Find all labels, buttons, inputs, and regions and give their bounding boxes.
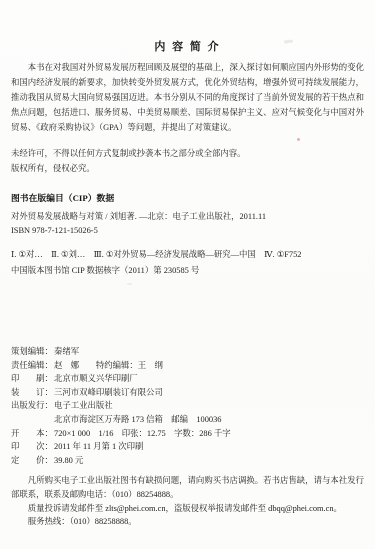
service-hotline: 服务热线：（010）88258888。 (11, 515, 364, 529)
row-label: 策划编辑： (11, 345, 54, 359)
row-value: 电子工业出版社 (54, 399, 113, 413)
row-value: 北京市顺义兴华印刷厂 (54, 372, 138, 386)
row-label: 装 订： (11, 386, 54, 400)
publication-row-printer: 印 刷：北京市顺义兴华印刷厂 (11, 372, 371, 386)
complaint-notice: 质量投诉请发邮件至 zlts@phei.com.cn，盗版侵权举报请发邮件至 d… (11, 502, 364, 516)
row-value: 2011 年 11 月第 1 次印刷 (54, 440, 143, 454)
row-label: 开 本： (11, 427, 54, 441)
publication-row-responsible-editor: 责任编辑：赵 娜 特约编辑：王 纲 (11, 359, 371, 373)
row-label: 责任编辑： (11, 359, 54, 373)
cip-heading: 图书在版编目（CIP）数据 (11, 191, 114, 204)
publication-row-address: 北京市海淀区万寿路 173 信箱 邮编 100036 (11, 413, 371, 427)
row-value: 720×1 000 1/16 印张：12.75 字数：286 千字 (54, 427, 231, 441)
copyright-line-1: 未经许可，不得以任何方式复制或抄袭本书之部分或全部内容。 (11, 147, 364, 162)
publication-row-price: 定 价：39.80 元 (11, 454, 371, 468)
publication-row-planning-editor: 策划编辑：秦绪军 (11, 345, 371, 359)
row-label (11, 413, 54, 427)
book-copyright-page: 内 容 简 介 本书在对我国对外贸易发展历程回顾及展望的基础上，深入探讨如何顺应… (0, 0, 375, 549)
row-label: 定 价： (11, 454, 54, 468)
row-value: 三河市双峰印刷装订有限公司 (54, 386, 163, 400)
row-value: 北京市海淀区万寿路 173 信箱 邮编 100036 (54, 413, 222, 427)
cip-entry-line: 对外贸易发展战略与对策 / 刘旭著. —北京：电子工业出版社，2011.11 (11, 210, 364, 224)
row-label: 印 刷： (11, 372, 54, 386)
publication-row-print-run: 印 次：2011 年 11 月第 1 次印刷 (11, 440, 371, 454)
row-value: 赵 娜 特约编辑：王 纲 (54, 359, 163, 373)
scan-artifact-smudge (127, 283, 132, 285)
cip-registration-number: 中国版本图书馆 CIP 数据核字（2011）第 230585 号 (11, 263, 364, 278)
row-label: 印 次： (11, 440, 54, 454)
content-summary-title: 内 容 简 介 (0, 38, 375, 54)
scan-artifact-red-speck (297, 138, 300, 141)
publication-row-publisher: 出版发行：电子工业出版社 (11, 399, 371, 413)
content-summary-paragraph: 本书在对我国对外贸易发展历程回顾及展望的基础上，深入探讨如何顺应国内外形势的变化… (11, 60, 364, 135)
exchange-notice: 凡所购买电子工业出版社图书有缺损问题，请向购买书店调换。若书店售缺，请与本社发行… (11, 474, 364, 502)
publication-info: 策划编辑：秦绪军 责任编辑：赵 娜 特约编辑：王 纲 印 刷：北京市顺义兴华印刷… (11, 345, 371, 467)
copyright-line-2: 版权所有，侵权必究。 (11, 162, 364, 177)
row-value: 39.80 元 (54, 454, 83, 468)
publication-row-binder: 装 订：三河市双峰印刷装订有限公司 (11, 386, 371, 400)
publication-row-format: 开 本：720×1 000 1/16 印张：12.75 字数：286 千字 (11, 427, 371, 441)
footer-notices: 凡所购买电子工业出版社图书有缺损问题，请向购买书店调换。若书店售缺，请与本社发行… (11, 474, 364, 529)
copyright-notice: 未经许可，不得以任何方式复制或抄袭本书之部分或全部内容。 版权所有，侵权必究。 (11, 147, 364, 176)
cip-entry-block: 对外贸易发展战略与对策 / 刘旭著. —北京：电子工业出版社，2011.11 I… (11, 210, 364, 237)
row-value: 秦绪军 (54, 345, 79, 359)
cip-classification: Ⅰ. ①对… Ⅱ. ①刘… Ⅲ. ①对外贸易—经济发展战略—研究—中国 Ⅳ. ①… (11, 247, 371, 262)
row-label: 出版发行： (11, 399, 54, 413)
cip-isbn: ISBN 978-7-121-15026-5 (11, 224, 364, 238)
